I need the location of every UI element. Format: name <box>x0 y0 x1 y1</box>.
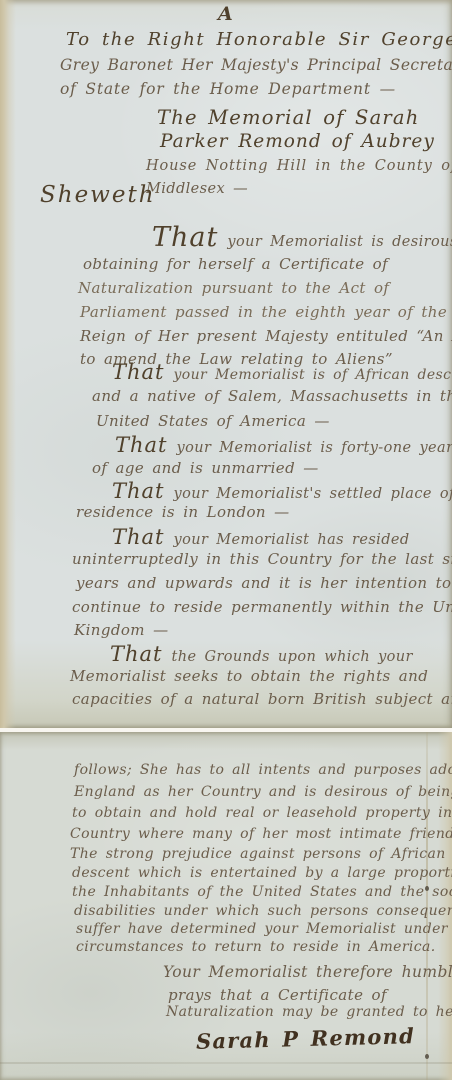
paragraph-5-line-4: continue to reside permanently within th… <box>72 598 452 616</box>
document-scan: A To the Right Honorable Sir George Grey… <box>0 0 452 1080</box>
page-2-line-9: suffer have determined your Memorialist … <box>76 921 452 937</box>
page-2: follows; She has to all intents and purp… <box>0 732 452 1080</box>
paragraph-1-opening-line: That your Memorialist is desirous of <box>152 222 452 253</box>
paragraph-6-line-2: Memorialist seeks to obtain the rights a… <box>70 667 428 685</box>
paragraph-1-line-3: Naturalization pursuant to the Act of <box>78 279 389 297</box>
paragraph-2-lead-word: That <box>112 360 165 384</box>
paragraph-2-opening-line: That your Memorialist is of African desc… <box>112 360 452 384</box>
page-2-line-7: the Inhabitants of the United States and… <box>72 884 452 900</box>
paragraph-5-line-5: Kingdom — <box>74 621 169 639</box>
paragraph-4-opening-line: That your Memorialist's settled place of <box>112 479 452 503</box>
paragraph-6-opening-line: That the Grounds upon which your <box>110 642 413 666</box>
memorial-title-line-4: Middlesex — <box>146 181 248 197</box>
paragraph-2-line-3: United States of America — <box>96 412 330 430</box>
paragraph-3-lead-word: That <box>115 433 168 457</box>
fold-line <box>0 1062 452 1064</box>
page-2-line-5: The strong prejudice against persons of … <box>70 846 446 862</box>
paragraph-6-lead-word: That <box>110 642 163 666</box>
prayer-line-3: Naturalization may be granted to her <box>166 1004 452 1020</box>
salutation-line-1: To the Right Honorable Sir George <box>66 29 452 50</box>
paragraph-5-line-3: years and upwards and it is her intentio… <box>76 574 451 592</box>
memorial-title-line-2: Parker Remond of Aubrey <box>160 131 435 152</box>
salutation-line-3: of State for the Home Department — <box>60 80 396 98</box>
page-2-line-10: circumstances to return to reside in Ame… <box>76 939 436 955</box>
paragraph-1-lead-word: That <box>152 222 218 253</box>
page-1: A To the Right Honorable Sir George Grey… <box>0 0 452 728</box>
page-1-binding-edge <box>0 0 16 728</box>
paragraph-5-lead-word: That <box>112 525 165 549</box>
page-2-line-3: to obtain and hold real or leasehold pro… <box>72 805 452 821</box>
paragraph-3-line-2: of age and is unmarried — <box>92 459 319 477</box>
memorial-title-line-1: The Memorial of Sarah <box>157 106 420 129</box>
paragraph-6-line-3: capacities of a natural born British sub… <box>72 690 452 708</box>
paragraph-3-opening-rest: your Memorialist is forty-one years <box>177 440 452 456</box>
sheweth-heading: Sheweth <box>40 182 156 208</box>
page-2-line-1: follows; She has to all intents and purp… <box>74 762 452 778</box>
prayer-line-1: Your Memorialist therefore humbly <box>163 963 452 981</box>
page-2-line-2: England as her Country and is desirous o… <box>74 784 452 800</box>
paragraph-1-opening-rest: your Memorialist is desirous of <box>227 234 452 250</box>
paragraph-2-line-2: and a native of Salem, Massachusetts in … <box>92 387 452 405</box>
paragraph-5-opening-line: That your Memorialist has resided <box>112 525 410 549</box>
page-2-line-4: Country where many of her most intimate … <box>70 826 452 842</box>
page-2-line-8: disabilities under which such persons co… <box>74 903 452 919</box>
page-2-line-6: descent which is entertained by a large … <box>72 865 452 881</box>
paragraph-1-line-4: Parliament passed in the eighth year of … <box>80 303 447 321</box>
prayer-line-2: prays that a Certificate of <box>168 986 387 1004</box>
paragraph-1-line-2: obtaining for herself a Certificate of <box>83 255 388 273</box>
paragraph-5-opening-rest: your Memorialist has resided <box>174 532 410 548</box>
stitch-dot <box>425 1054 429 1059</box>
paragraph-2-opening-rest: your Memorialist is of African descent <box>174 367 452 383</box>
memorial-title-line-3: House Notting Hill in the County of <box>146 158 452 174</box>
salutation-line-2: Grey Baronet Her Majesty's Principal Sec… <box>60 56 452 74</box>
paragraph-4-line-2: residence is in London — <box>76 503 290 521</box>
paragraph-3-opening-line: That your Memorialist is forty-one years <box>115 433 452 457</box>
paragraph-1-line-5: Reign of Her present Majesty entituled “… <box>80 327 452 345</box>
paragraph-5-line-2: uninterruptedly in this Country for the … <box>72 550 452 568</box>
annotation-letter: A <box>218 3 234 25</box>
signature: Sarah P Remond <box>196 1023 416 1054</box>
paragraph-4-lead-word: That <box>112 479 165 503</box>
paragraph-6-opening-rest: the Grounds upon which your <box>172 649 413 665</box>
paragraph-4-opening-rest: your Memorialist's settled place of <box>174 486 452 502</box>
